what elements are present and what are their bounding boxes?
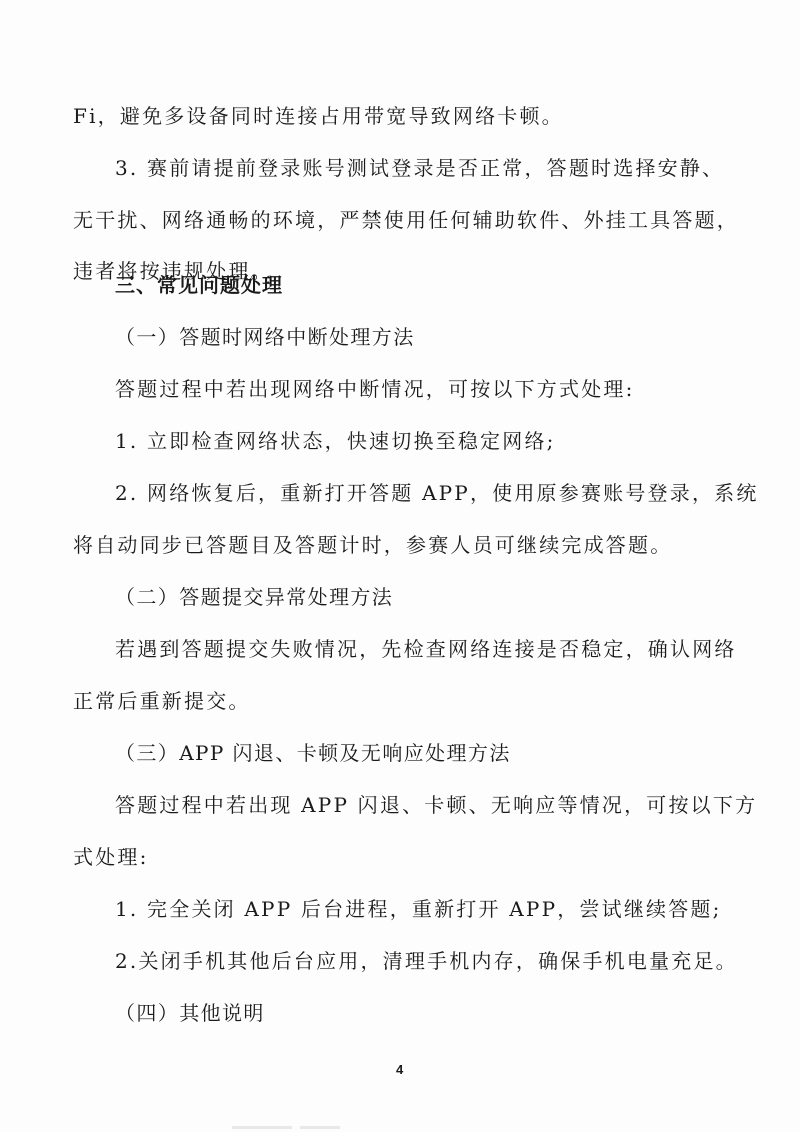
body-line-environment: 无干扰、网络通畅的环境，严禁使用任何辅助软件、外挂工具答题， xyxy=(73,207,739,233)
list-item-1-close-app: 1. 完全关闭 APP 后台进程，重新打开 APP，尝试继续答题; xyxy=(115,896,722,922)
list-item-3-login-test: 3. 赛前请提前登录账号测试登录是否正常，答题时选择安静、 xyxy=(115,155,724,181)
list-item-2-reopen-app: 2. 网络恢复后，重新打开答题 APP，使用原参赛账号登录，系统 xyxy=(115,480,759,506)
subheading-network-interruption: （一）答题时网络中断处理方法 xyxy=(115,324,415,350)
list-item-1-check-network: 1. 立即检查网络状态，快速切换至稳定网络; xyxy=(115,428,556,454)
subheading-app-crash: （三）APP 闪退、卡顿及无响应处理方法 xyxy=(115,740,511,766)
body-line-network-intro: 答题过程中若出现网络中断情况，可按以下方式处理: xyxy=(115,376,635,402)
section-heading-common-issues: 三、常见问题处理 xyxy=(115,272,283,298)
body-line-wifi: Fi，避免多设备同时连接占用带宽导致网络卡顿。 xyxy=(73,103,564,129)
body-line-app-crash-intro: 答题过程中若出现 APP 闪退、卡顿、无响应等情况，可按以下方 xyxy=(115,792,757,818)
scan-artifact xyxy=(300,1126,340,1129)
document-page: Fi，避免多设备同时连接占用带宽导致网络卡顿。 3. 赛前请提前登录账号测试登录… xyxy=(0,0,800,1132)
body-line-auto-sync: 将自动同步已答题目及答题计时，参赛人员可继续完成答题。 xyxy=(73,532,672,558)
body-line-method: 式处理: xyxy=(73,844,149,870)
subheading-other-notes: （四）其他说明 xyxy=(115,1000,265,1026)
body-line-resubmit: 正常后重新提交。 xyxy=(73,688,251,714)
scan-artifact xyxy=(232,1126,292,1129)
page-number: 4 xyxy=(396,1062,403,1077)
subheading-submit-exception: （二）答题提交异常处理方法 xyxy=(115,584,393,610)
list-item-2-clear-memory: 2.关闭手机其他后台应用，清理手机内存，确保手机电量充足。 xyxy=(115,948,738,974)
body-line-submit-failure: 若遇到答题提交失败情况，先检查网络连接是否稳定，确认网络 xyxy=(115,636,737,662)
